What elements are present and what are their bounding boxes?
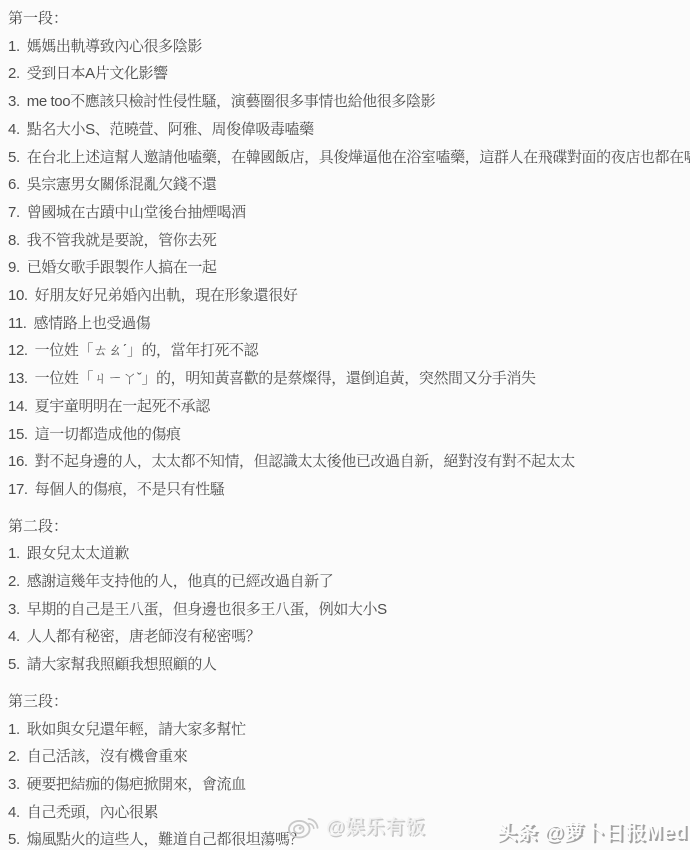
item-number: 2. (8, 65, 20, 82)
document-body: 第一段：1.媽媽出軌導致內心很多陰影2.受到日本A片文化影響3.me too不應… (0, 0, 690, 850)
item-text: 這一切都造成他的傷痕 (35, 426, 181, 443)
list-item: 17.每個人的傷痕，不是只有性騷 (8, 476, 684, 504)
list-item: 12.一位姓「ㄊㄠˊ」的，當年打死不認 (8, 337, 684, 365)
toutiao-watermark: 头条 @萝卜日报Media (497, 816, 690, 845)
item-number: 1. (8, 38, 20, 55)
section: 第一段：1.媽媽出軌導致內心很多陰影2.受到日本A片文化影響3.me too不應… (8, 5, 684, 504)
item-text: 請大家幫我照顧我想照顧的人 (27, 656, 217, 673)
list-item: 2.感謝這幾年支持他的人，他真的已經改過自新了 (8, 568, 684, 596)
item-number: 11. (8, 315, 27, 332)
item-text: 一位姓「ㄐㄧㄚˇ」的，明知黃喜歡的是蔡燦得，還倒追黃，突然間又分手消失 (35, 370, 536, 387)
list-item: 16.對不起身邊的人，太太都不知情，但認識太太後他已改過自新，絕對沒有對不起太太 (8, 448, 684, 476)
item-text: 受到日本A片文化影響 (27, 65, 168, 82)
item-text: 一位姓「ㄊㄠˊ」的，當年打死不認 (35, 342, 259, 359)
item-number: 9. (8, 259, 20, 276)
item-text: 在台北上述這幫人邀請他嗑藥，在韓國飯店，具俊燁逼他在浴室嗑藥，這群人在飛碟對面的… (27, 149, 690, 166)
item-text: 跟女兒太太道歉 (27, 545, 129, 562)
list-item: 14.夏宇童明明在一起死不承認 (8, 393, 684, 421)
item-text: 自己禿頭，內心很累 (27, 804, 158, 821)
item-number: 5. (8, 656, 20, 673)
item-text: 我不管我就是要說，管你去死 (27, 232, 217, 249)
list-item: 7.曾國城在古蹟中山堂後台抽煙喝酒 (8, 199, 684, 227)
weibo-icon (286, 810, 320, 840)
item-number: 17. (8, 481, 28, 498)
sections-container: 第一段：1.媽媽出軌導致內心很多陰影2.受到日本A片文化影響3.me too不應… (8, 5, 684, 850)
list-item: 3.硬要把結痂的傷疤掀開來，會流血 (8, 771, 684, 799)
list-item: 8.我不管我就是要說，管你去死 (8, 227, 684, 255)
item-number: 4. (8, 628, 20, 645)
item-number: 13. (8, 370, 28, 387)
item-text: 硬要把結痂的傷疤掀開來，會流血 (27, 776, 246, 793)
list-item: 4.人人都有秘密，唐老師沒有秘密嗎？ (8, 623, 684, 651)
item-text: 好朋友好兄弟婚內出軌，現在形象還很好 (35, 287, 298, 304)
item-number: 2. (8, 748, 20, 765)
item-text: 煽風點火的這些人，難道自己都很坦蕩嗎？ (27, 831, 304, 848)
item-number: 12. (8, 342, 28, 359)
item-text: 自己活該，沒有機會重來 (27, 748, 188, 765)
item-text: 每個人的傷痕，不是只有性騷 (35, 481, 225, 498)
item-number: 6. (8, 176, 20, 193)
list-item: 3.早期的自己是王八蛋，但身邊也很多王八蛋，例如大小S (8, 596, 684, 624)
item-number: 4. (8, 121, 20, 138)
weibo-watermark: @娱乐有饭 (286, 810, 426, 840)
item-number: 15. (8, 426, 28, 443)
list-item: 2.受到日本A片文化影響 (8, 60, 684, 88)
item-text: 吳宗憲男女關係混亂欠錢不還 (27, 176, 217, 193)
list-item: 1.媽媽出軌導致內心很多陰影 (8, 33, 684, 61)
item-text: me too不應該只檢討性侵性騷，演藝圈很多事情也給他很多陰影 (27, 93, 435, 110)
item-number: 5. (8, 149, 20, 166)
list-item: 6.吳宗憲男女關係混亂欠錢不還 (8, 171, 684, 199)
item-number: 10. (8, 287, 28, 304)
item-number: 7. (8, 204, 20, 221)
item-text: 人人都有秘密，唐老師沒有秘密嗎？ (27, 628, 261, 645)
list-item: 5.在台北上述這幫人邀請他嗑藥，在韓國飯店，具俊燁逼他在浴室嗑藥，這群人在飛碟對… (8, 144, 684, 172)
item-number: 1. (8, 545, 20, 562)
list-item: 11.感情路上也受過傷 (8, 310, 684, 338)
item-text: 感謝這幾年支持他的人，他真的已經改過自新了 (27, 573, 334, 590)
item-text: 點名大小S、范曉萱、阿雅、周俊偉吸毒嗑藥 (27, 121, 314, 138)
item-number: 3. (8, 93, 20, 110)
item-number: 4. (8, 804, 20, 821)
list-item: 1.耿如與女兒還年輕，請大家多幫忙 (8, 716, 684, 744)
item-text: 已婚女歌手跟製作人搞在一起 (27, 259, 217, 276)
item-text: 耿如與女兒還年輕，請大家多幫忙 (27, 721, 246, 738)
list-item: 1.跟女兒太太道歉 (8, 540, 684, 568)
item-text: 對不起身邊的人，太太都不知情，但認識太太後他已改過自新，絕對沒有對不起太太 (35, 453, 575, 470)
item-number: 16. (8, 453, 28, 470)
weibo-handle: @娱乐有饭 (326, 812, 426, 839)
list-item: 3.me too不應該只檢討性侵性騷，演藝圈很多事情也給他很多陰影 (8, 88, 684, 116)
item-text: 感情路上也受過傷 (34, 315, 151, 332)
list-item: 13.一位姓「ㄐㄧㄚˇ」的，明知黃喜歡的是蔡燦得，還倒追黃，突然間又分手消失 (8, 365, 684, 393)
section-header: 第二段： (8, 513, 684, 541)
list-item: 10.好朋友好兄弟婚內出軌，現在形象還很好 (8, 282, 684, 310)
section-header: 第三段： (8, 688, 684, 716)
item-number: 3. (8, 776, 20, 793)
item-text: 早期的自己是王八蛋，但身邊也很多王八蛋，例如大小S (27, 601, 387, 618)
item-number: 5. (8, 831, 20, 848)
section: 第二段：1.跟女兒太太道歉2.感謝這幾年支持他的人，他真的已經改過自新了3.早期… (8, 513, 684, 679)
item-number: 1. (8, 721, 20, 738)
item-text: 媽媽出軌導致內心很多陰影 (27, 38, 202, 55)
list-item: 5.請大家幫我照顧我想照顧的人 (8, 651, 684, 679)
item-number: 3. (8, 601, 20, 618)
list-item: 2.自己活該，沒有機會重來 (8, 743, 684, 771)
item-text: 曾國城在古蹟中山堂後台抽煙喝酒 (27, 204, 246, 221)
list-item: 15.這一切都造成他的傷痕 (8, 421, 684, 449)
section-header: 第一段： (8, 5, 684, 33)
item-number: 2. (8, 573, 20, 590)
item-text: 夏宇童明明在一起死不承認 (35, 398, 210, 415)
item-number: 8. (8, 232, 20, 249)
item-number: 14. (8, 398, 28, 415)
list-item: 9.已婚女歌手跟製作人搞在一起 (8, 254, 684, 282)
list-item: 4.點名大小S、范曉萱、阿雅、周俊偉吸毒嗑藥 (8, 116, 684, 144)
